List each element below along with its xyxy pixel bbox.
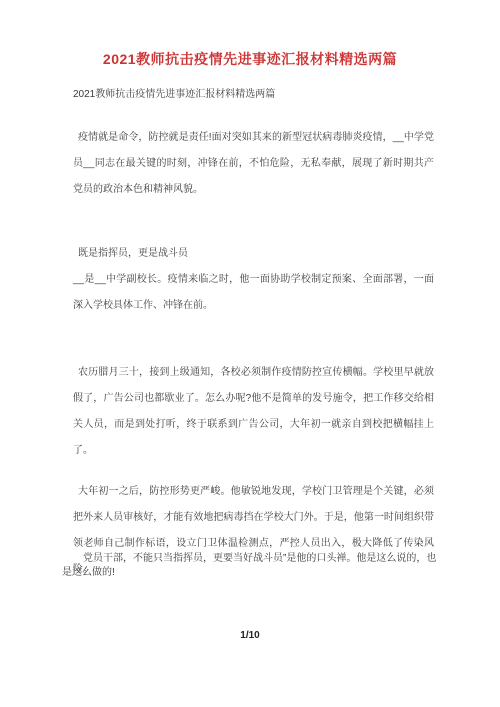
page-number: 1/10 (0, 630, 500, 641)
paragraph-intro: 疫情就是命令，防控就是责任!面对突如其来的新型冠状病毒肺炎疫情，__中学党员__… (73, 125, 434, 203)
paragraph-quote: 党员干部，不能只当指挥员，更要当好战斗员”是他的口头禅。他是这么说的，也是这么做… (62, 552, 444, 580)
paragraph-role: __是__中学副校长。疫情来临之时，他一面协助学校制定预案、全面部署，一面深入学… (73, 267, 434, 319)
section-block: 既是指挥员，更是战斗员 __是__中学副校长。疫情来临之时，他一面协助学校制定预… (73, 241, 434, 319)
section-heading: 既是指挥员，更是战斗员 (73, 241, 434, 267)
document-subtitle: 2021教师抗击疫情先进事迹汇报材料精选两篇 (73, 88, 473, 101)
paragraph-banner: 农历腊月三十，接到上级通知，各校必须制作疫情防控宣传横幅。学校里早就放假了，广告… (73, 360, 434, 464)
document-title: 2021教师抗击疫情先进事迹汇报材料精选两篇 (0, 48, 500, 70)
document-page: 2021教师抗击疫情先进事迹汇报材料精选两篇 2021教师抗击疫情先进事迹汇报材… (0, 0, 500, 707)
